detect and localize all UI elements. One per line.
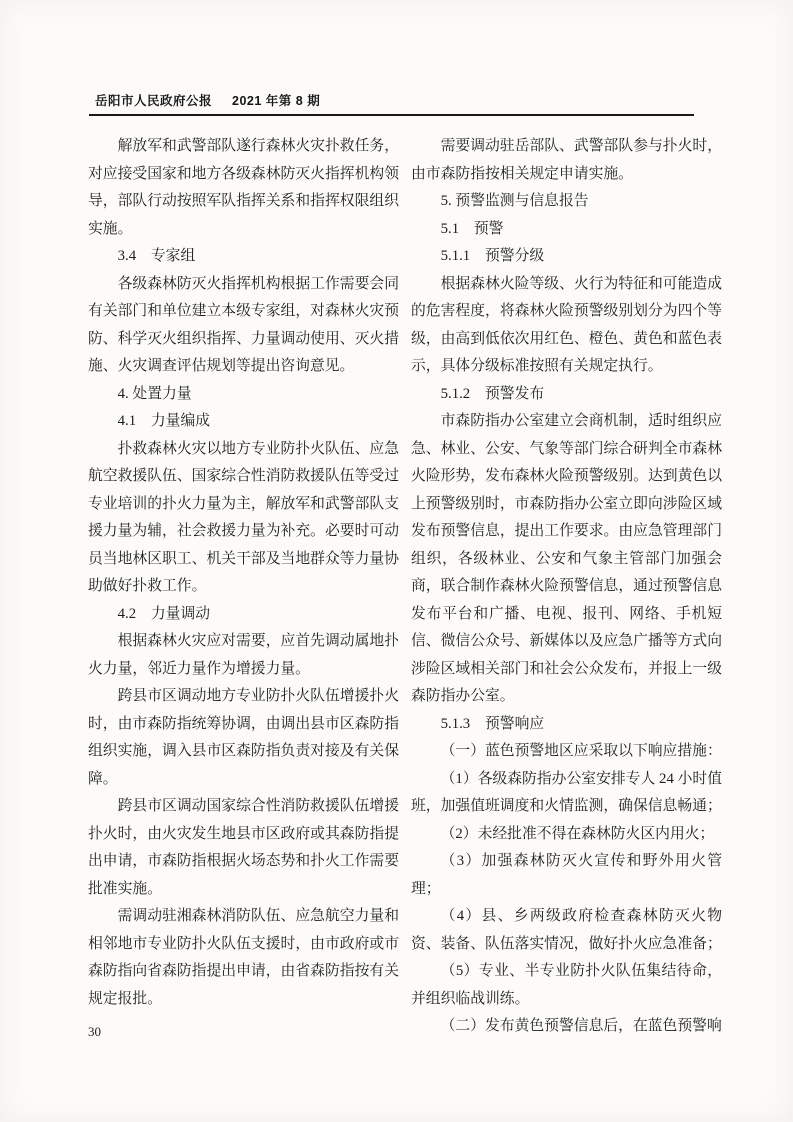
paragraph: （4）县、乡两级政府检查森林防灭火物资、装备、队伍落实情况，做好扑火应急准备；	[411, 903, 722, 958]
paragraph: （二）发布黄色预警信息后，在蓝色预警响	[411, 1013, 722, 1041]
paragraph: 市森防指办公室建立会商机制，适时组织应急、林业、公安、气象等部门综合研判全市森林…	[411, 408, 722, 711]
section-heading: 5.1.2 预警发布	[411, 381, 722, 409]
section-heading: 4.2 力量调动	[88, 601, 399, 629]
paragraph: 扑救森林火灾以地方专业防扑火队伍、应急航空救援队伍、国家综合性消防救援队伍等受过…	[88, 436, 399, 601]
paragraph: 根据森林火灾应对需要，应首先调动属地扑火力量，邻近力量作为增援力量。	[88, 628, 399, 683]
section-heading: 5.1 预警	[411, 216, 722, 244]
paragraph: 根据森林火险等级、火行为特征和可能造成的危害程度，将森林火险预警级别划分为四个等…	[411, 271, 722, 381]
section-heading: 5.1.1 预警分级	[411, 243, 722, 271]
paragraph: 需调动驻湘森林消防队伍、应急航空力量和相邻地市专业防扑火队伍支援时，由市政府或市…	[88, 903, 399, 1013]
paragraph: （一）蓝色预警地区应采取以下响应措施：	[411, 738, 722, 766]
section-heading: 3.4 专家组	[88, 243, 399, 271]
section-heading: 5. 预警监测与信息报告	[411, 188, 722, 216]
paragraph: 需要调动驻岳部队、武警部队参与扑火时，由市森防指按相关规定申请实施。	[411, 133, 722, 188]
page-number: 30	[88, 1024, 101, 1040]
gazette-page: 岳阳市人民政府公报2021 年第 8 期 解放军和武警部队遂行森林火灾扑救任务，…	[0, 0, 793, 1122]
header-rule	[89, 114, 694, 116]
section-heading: 5.1.3 预警响应	[411, 711, 722, 739]
paragraph: （5）专业、半专业防扑火队伍集结待命，并组织临战训练。	[411, 958, 722, 1013]
section-heading: 4. 处置力量	[88, 381, 399, 409]
gazette-issue: 2021 年第 8 期	[232, 94, 320, 108]
paragraph: 跨县市区调动国家综合性消防救援队伍增援扑火时，由火灾发生地县市区政府或其森防指提…	[88, 793, 399, 903]
paragraph: 解放军和武警部队遂行森林火灾扑救任务，对应接受国家和地方各级森林防灭火指挥机构领…	[88, 133, 399, 243]
left-column: 解放军和武警部队遂行森林火灾扑救任务，对应接受国家和地方各级森林防灭火指挥机构领…	[88, 133, 399, 1013]
section-heading: 4.1 力量编成	[88, 408, 399, 436]
paragraph: （1）各级森防指办公室安排专人 24 小时值班，加强值班调度和火情监测，确保信息…	[411, 766, 722, 821]
paragraph: 各级森林防灭火指挥机构根据工作需要会同有关部门和单位建立本级专家组，对森林火灾预…	[88, 271, 399, 381]
right-column: 需要调动驻岳部队、武警部队参与扑火时，由市森防指按相关规定申请实施。5. 预警监…	[411, 133, 722, 1041]
page-header: 岳阳市人民政府公报2021 年第 8 期	[95, 91, 320, 109]
paragraph: （3）加强森林防灭火宣传和野外用火管理；	[411, 848, 722, 903]
document-body: 解放军和武警部队遂行森林火灾扑救任务，对应接受国家和地方各级森林防灭火指挥机构领…	[88, 133, 722, 1041]
paragraph: （2）未经批准不得在森林防火区内用火；	[411, 821, 722, 849]
paragraph: 跨县市区调动地方专业防扑火队伍增援扑火时，由市森防指统筹协调，由调出县市区森防指…	[88, 683, 399, 793]
gazette-title: 岳阳市人民政府公报	[95, 94, 212, 108]
